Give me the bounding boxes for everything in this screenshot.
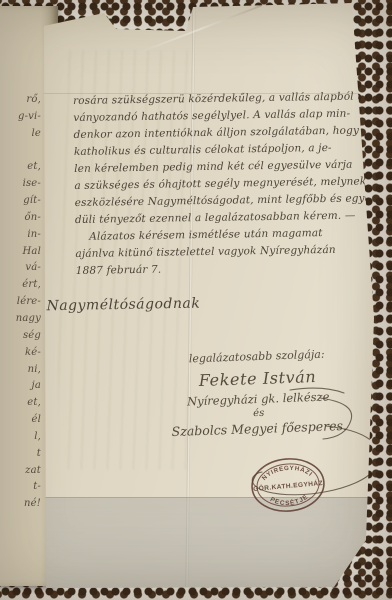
paper-lower-fold-shading (0, 497, 392, 589)
svg-text:PECSÉTJE: PECSÉTJE (268, 493, 310, 509)
text-fragment: t- (1, 481, 41, 498)
text-fragment: g-vi- (1, 111, 41, 128)
handwritten-line: 1887 február 7. (76, 260, 376, 282)
text-fragment: ise- (1, 178, 41, 195)
text-fragment: lére- (1, 296, 41, 313)
text-fragment: t (1, 448, 41, 465)
text-fragment (1, 145, 41, 162)
church-seal-stamp: NYIREGYHÁZI GÖR.KATH.EGYHÁZ PECSÉTJE (246, 453, 331, 518)
letter-body-text: rosára szükségszerü közérdekűleg, a vall… (73, 90, 376, 282)
text-fragment: rő, (1, 94, 41, 111)
text-fragment: ké- (1, 347, 41, 364)
addressee-text: Nagyméltóságodnak (46, 296, 200, 315)
stamp-middle-text: GÖR.KATH.EGYHÁZ (253, 478, 324, 493)
stamp-top-text: NYIREGYHÁZI (260, 463, 314, 483)
text-fragment: le (1, 128, 41, 145)
text-fragment: et, (1, 397, 41, 414)
text-fragment: vá- (1, 262, 41, 279)
text-fragment: et, (1, 161, 41, 178)
text-fragment: zat (1, 465, 41, 482)
text-fragment: Hal (1, 246, 41, 263)
text-fragment: él (1, 414, 41, 431)
text-fragment: nagy (1, 313, 41, 330)
stamp-bottom-text: PECSÉTJE (268, 493, 310, 509)
text-fragment: né! (1, 498, 41, 515)
text-fragment: ni, (1, 364, 41, 381)
photo-of-handwritten-letter: rő,g-vi-leet,ise-gít-őn-in-Halvá-ért,lér… (0, 0, 392, 600)
text-fragment: in- (1, 229, 41, 246)
text-fragment: ért, (1, 279, 41, 296)
signature-block: legalázatosabb szolgája: Fekete István N… (157, 347, 360, 440)
text-fragment: l, (1, 431, 41, 448)
addressee-line: @Nagyméltóságodnak (34, 296, 201, 315)
text-fragment: ség (1, 330, 41, 347)
letter-page: rosára szükségszerü közérdekűleg, a vall… (0, 0, 392, 600)
previous-page-line-endings: rő,g-vi-leet,ise-gít-őn-in-Halvá-ért,lér… (1, 94, 41, 515)
text-fragment: ja (1, 380, 41, 397)
text-fragment: őn- (1, 212, 41, 229)
svg-text:NYIREGYHÁZI: NYIREGYHÁZI (260, 463, 314, 483)
text-fragment: gít- (1, 195, 41, 212)
signature-name: Fekete István (157, 366, 358, 392)
